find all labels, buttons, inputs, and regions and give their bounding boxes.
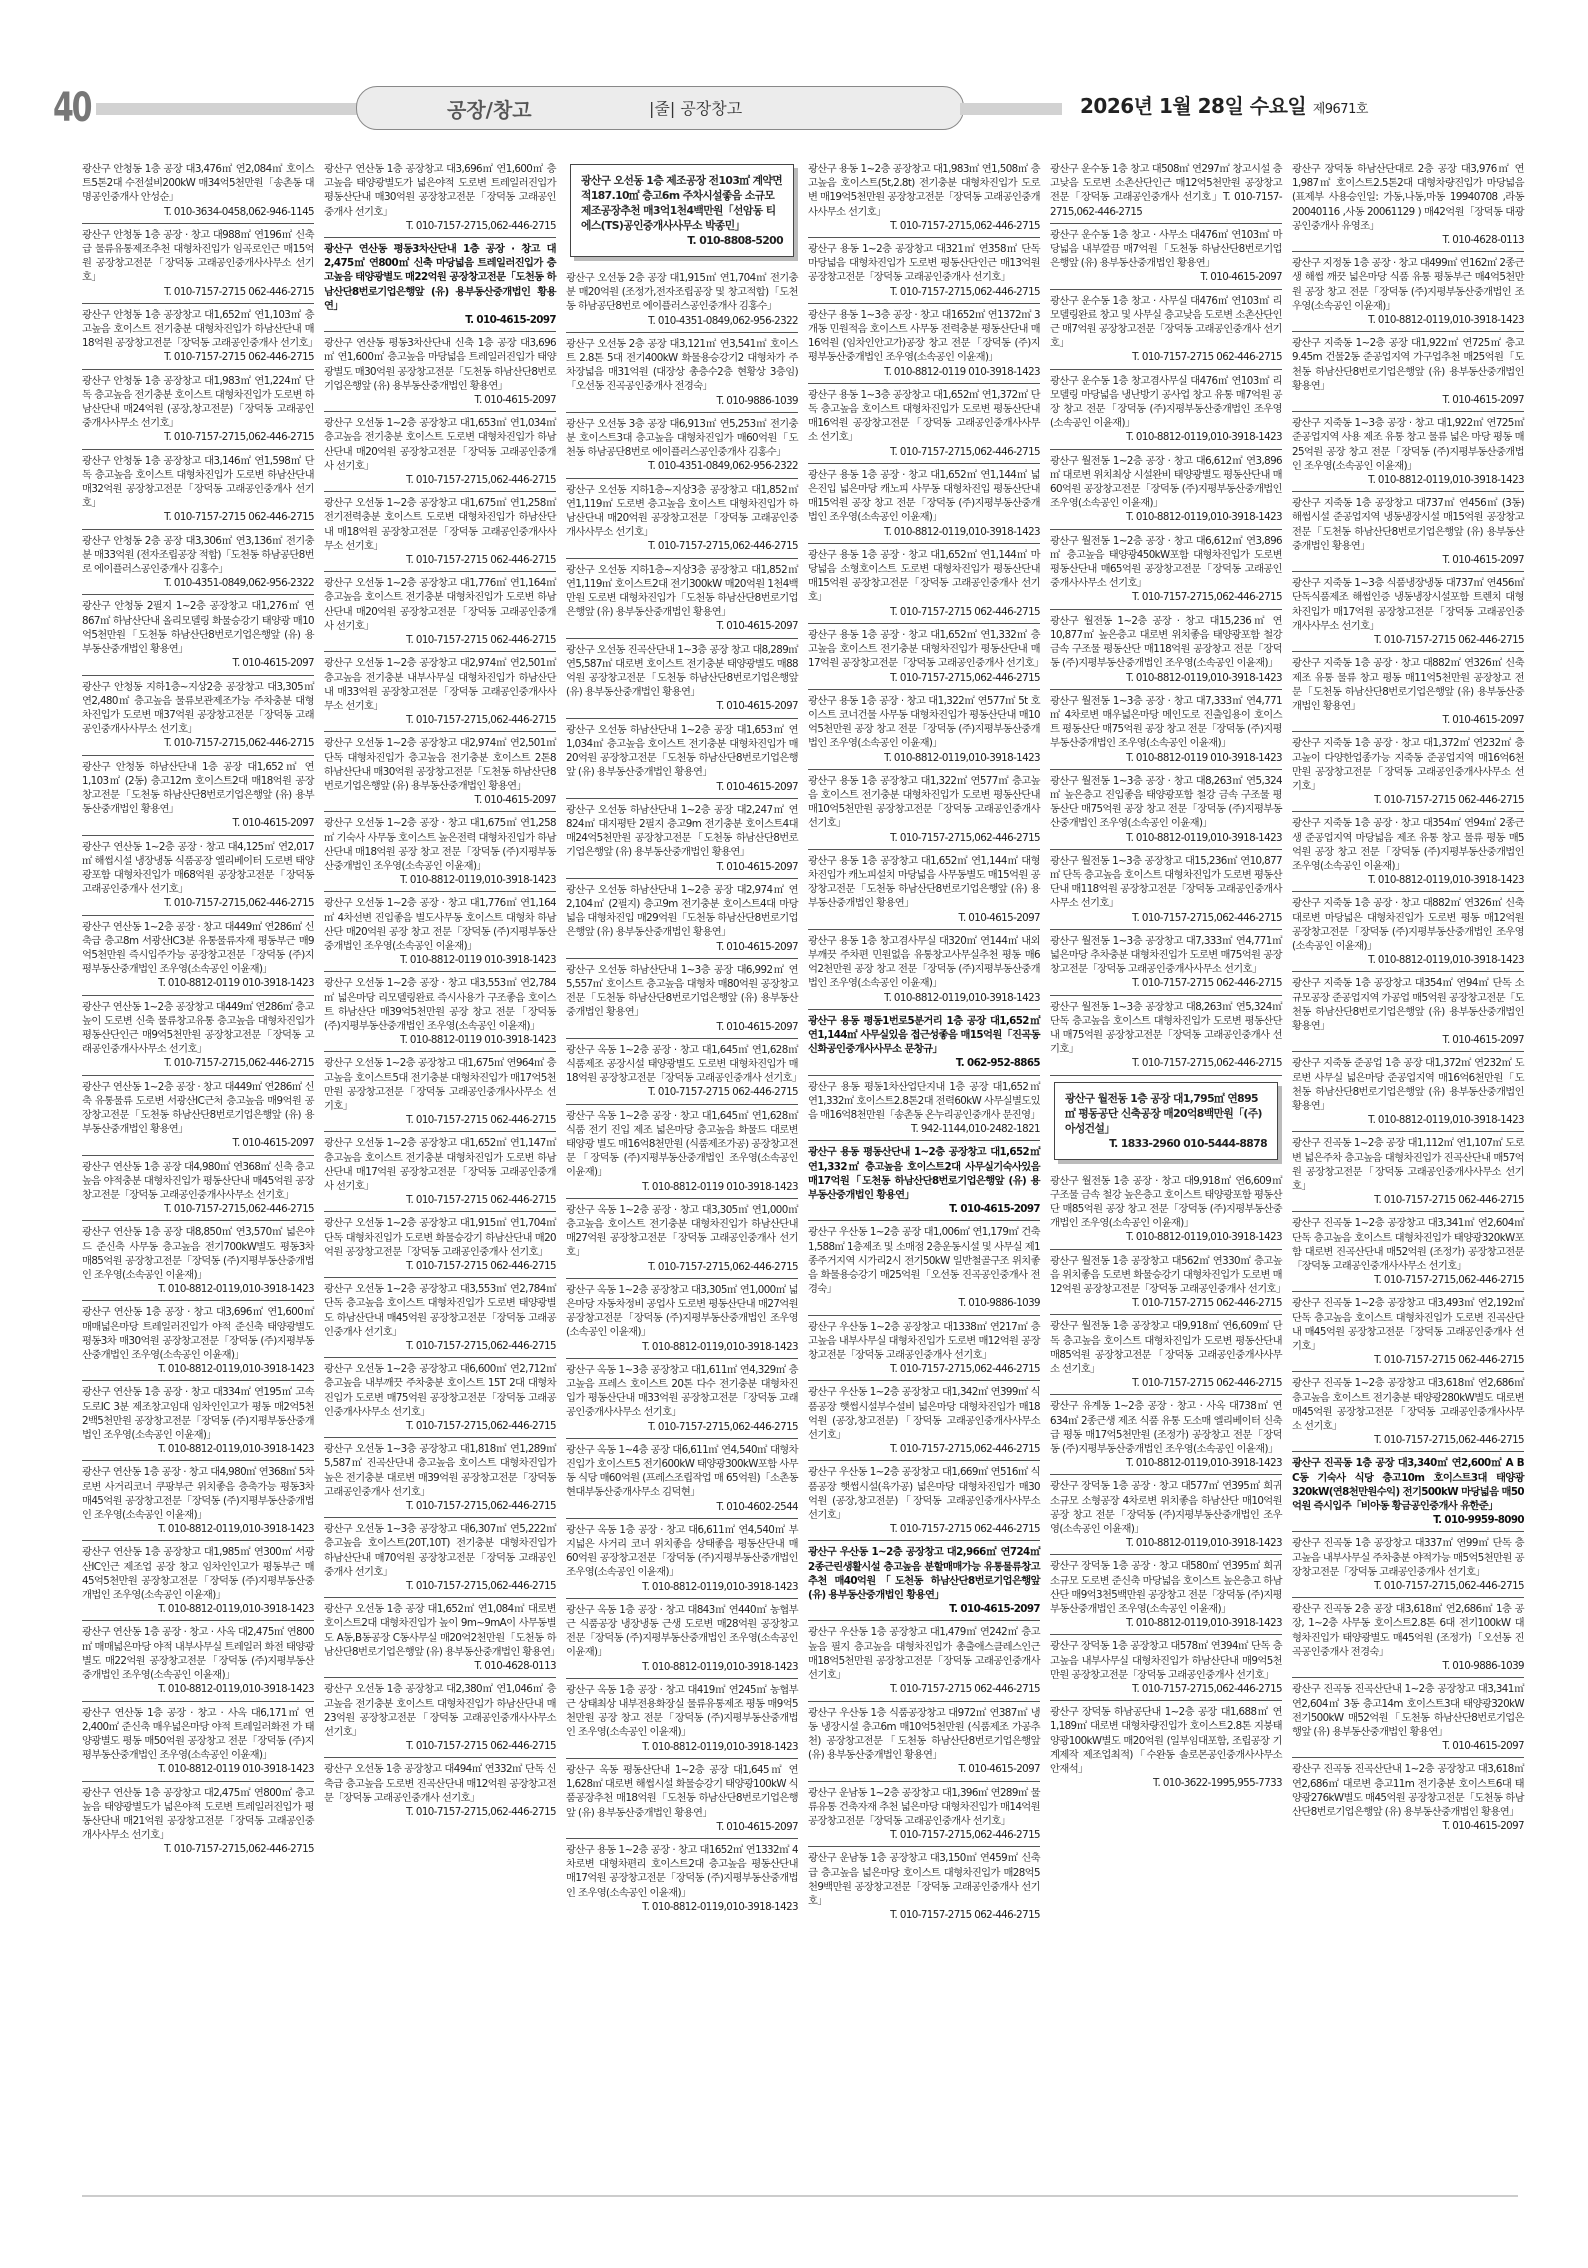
listing: 광산구 연산동 1층 공장창고 대1,985㎡ 연300㎡ 서광산IC인근 제조… (82, 1541, 314, 1621)
listing-text: 광산구 연산동 1층 공장 · 창고 대4,980㎡ 연368㎡ 5차로변 사거… (82, 1465, 314, 1522)
listing: 광산구 지죽동 1층 공장 · 창고 대354㎡ 연94㎡ 2종근생 준공업지역… (1292, 812, 1524, 892)
listing-phone: T. 010-4615-2097 (566, 940, 798, 954)
listing-phone: T. 010-8812-0119,010-3918-1423 (1292, 313, 1524, 327)
listing-phone: T. 010-7157-2715 062-446-2715 (324, 1193, 556, 1207)
listing-phone: T. 010-4615-2097 (808, 911, 1040, 925)
boxed-listing: 광산구 월전동 1층 공장 대1,795㎡ 연895㎡ 평동공단 신축공장 매2… (1054, 1082, 1278, 1160)
listing-text: 광산구 월전동 1층 공장 대1,795㎡ 연895㎡ 평동공단 신축공장 매2… (1065, 1091, 1267, 1136)
listing-phone: T. 010-4615-2097 (1292, 553, 1524, 567)
listing-phone: T. 010-7157-2715,062-446-2715 (82, 1202, 314, 1216)
listing-phone: T. 010-7157-2715 062-446-2715 (1050, 976, 1282, 990)
column-1: 광산구 안청동 1층 공장 대3,476㎡ 연2,084㎡ 호이스트5톤2대 수… (82, 158, 314, 1861)
listing-text: 광산구 용동 1~2층 공장창고 대1,983㎡ 연1,508㎡ 층고높음 호이… (808, 162, 1040, 219)
listing-text: 광산구 우산동 1~2층 공장창고 대2,966㎡ 연724㎡ 2종근린생활시설… (808, 1545, 1040, 1602)
header-rule-right (960, 103, 1062, 115)
listing: 광산구 용동 평동산단내 1~2층 공장창고 대1,652㎡ 연1,332㎡ 층… (808, 1141, 1040, 1221)
listing-text: 광산구 월전동 1~3층 공장창고 대7,333㎡ 연4,771㎡ 넓은마당 추… (1050, 934, 1282, 977)
listing: 광산구 지정동 1층 공장 · 창고 대499㎡ 연162㎡ 2종근생 해썹 깨… (1292, 252, 1524, 332)
column-4: 광산구 용동 1~2층 공장창고 대1,983㎡ 연1,508㎡ 층고높음 호이… (808, 158, 1040, 1926)
listing-phone: T. 010-8812-0119,010-3918-1423 (566, 1580, 798, 1594)
listing: 광산구 용동 1층 공장창고 대1,322㎡ 연577㎡ 층고높음 호이스트 전… (808, 770, 1040, 850)
listing-text: 광산구 연산동 1~2층 공장 · 창고 대449㎡ 연286㎡ 신축급 층고8… (82, 920, 314, 977)
listing-text: 광산구 안청동 2필지 1~2층 공장창고 대1,276㎡ 연867㎡ 하남산단… (82, 599, 314, 656)
listing-text: 광산구 옥동 1~2층 공장 · 창고 대3,305㎡ 연1,000㎡ 층고높음… (566, 1203, 798, 1260)
listing: 광산구 연산동 1층 공장 대8,850㎡ 연3,570㎡ 넓은야드 준신축 사… (82, 1221, 314, 1301)
listing-phone: T. 010-7157-2715,062-446-2715 (324, 713, 556, 727)
listing-text: 광산구 월전동 1~3층 공장 · 창고 대7,333㎡ 연4,771㎡ 4차로… (1050, 694, 1282, 751)
listing-phone: T. 010-4615-2097 (1292, 1819, 1524, 1833)
listing: 광산구 용동 1~2층 공장 · 창고 대1652㎡ 연1332㎡ 4차로변 대… (566, 1839, 798, 1918)
listing-text: 광산구 우산동 1~2층 공장창고 대1,342㎡ 연399㎡ 식품공장 햇썹시… (808, 1385, 1040, 1442)
listing-text: 광산구 진곡동 진곡산단내 1~2층 공장창고 대3,618㎡ 연2,686㎡ … (1292, 1762, 1524, 1819)
header-rule-left (96, 103, 358, 115)
listing-text: 광산구 월전동 1~2층 공장 · 창고 대6,612㎡ 연3,896㎡ 층고높… (1050, 534, 1282, 591)
listing: 광산구 옥동 1층 공장 · 창고 대6,611㎡ 연4,540㎡ 부지넓은 사… (566, 1519, 798, 1599)
listing-phone: T. 010-8812-0119,010-3918-1423 (82, 1282, 314, 1296)
listing-text: 광산구 용동 1층 공장창고 대1,652㎡ 연1,144㎡ 대형차진입가 캐노… (808, 854, 1040, 911)
listing-text: 광산구 우산동 1~2층 공장창고 대1,669㎡ 연516㎡ 식품공장 햇썹시… (808, 1465, 1040, 1522)
listing-text: 광산구 용동 1~3층 공장창고 대1,652㎡ 연1,372㎡ 단독 층고높음… (808, 388, 1040, 445)
listing-text: 광산구 월전동 1~2층 공장 · 창고 대15,236㎡ 연10,877㎡ 높… (1050, 614, 1282, 671)
column-6: 광산구 장덕동 하남산단대로 2층 공장 대3,976㎡ 연1,987㎡ 호이스… (1292, 158, 1524, 1837)
listing-phone: T. 010-4628-0113 (1292, 233, 1524, 247)
listing-phone: T. 010-7157-2715,062-446-2715 (808, 1828, 1040, 1842)
listing: 광산구 진곡동 2층 공장 대3,618㎡ 연2,686㎡ 1층 공장, 1~2… (1292, 1598, 1524, 1678)
listing: 광산구 연산동 1~2층 공장 · 창고 대449㎡ 연286㎡ 신축 유통물류… (82, 1076, 314, 1156)
listing-text: 광산구 진곡동 2층 공장 대3,618㎡ 연2,686㎡ 1층 공장, 1~2… (1292, 1602, 1524, 1659)
listing-text: 광산구 오선동 지하1층~지상3층 공장창고 대1,852㎡ 연1,119㎡ 호… (566, 563, 798, 620)
listing-text: 광산구 우산동 1~2층 공장창고 대1338㎡ 연217㎡ 층고높음 내부사무… (808, 1320, 1040, 1363)
listing: 광산구 오선동 하남산단내 1~2층 공장 대2,247㎡ 연824㎡ 대지평탄… (566, 799, 798, 879)
listing: 광산구 지죽동 1~3층 공장 · 창고 대1,922㎡ 연725㎡ 준공업지역… (1292, 412, 1524, 492)
listing: 광산구 유계동 1~2층 공장 · 창고 · 사옥 대738㎡ 연634㎡ 2종… (1050, 1395, 1282, 1475)
listing-phone: T. 010-4615-2097 (566, 860, 798, 874)
listing-text: 광산구 오선동 1층 공장 대1,652㎡ 연1,084㎡ 대로변 호이스트2대… (324, 1602, 556, 1659)
listing-text: 광산구 오선동 1~2층 공장창고 대3,553㎡ 연2,784㎡ 단독 층고높… (324, 1282, 556, 1339)
listing-text: 광산구 옥동 1층 공장 · 창고 대843㎡ 연440㎡ 농협부근 식품공장 … (566, 1603, 798, 1660)
listing-text: 광산구 안청동 1층 공장 · 창고 대988㎡ 연196㎡ 신축급 물류유통제… (82, 228, 314, 285)
listing-phone: T. 010-8812-0119,010-3918-1423 (1292, 953, 1524, 967)
listing-phone: T. 010-7157-2715,062-446-2715 (566, 1260, 798, 1274)
listing-text: 광산구 옥동 1~3층 공장창고 대1,611㎡ 연4,329㎡ 층고높음 프레… (566, 1363, 798, 1420)
listing-phone: T. 010-4615-2097 (566, 619, 798, 633)
listing-text: 광산구 오선동 1~2층 공장 · 창고 대3,553㎡ 연2,784㎡ 넓은마… (324, 976, 556, 1033)
listing-text: 광산구 옥동 1~2층 공장 · 창고 대1,645㎡ 연1,628㎡ 식품제조… (566, 1043, 798, 1086)
listing-phone: T. 010-8812-0119,010-3918-1423 (566, 1660, 798, 1674)
listing-text: 광산구 안청동 1층 공장창고 대1,983㎡ 연1,224㎡ 단독 층고높음 … (82, 374, 314, 431)
listing: 광산구 용동 평동1차산업단지내 1층 공장 대1,652㎡ 연1,332㎡ 호… (808, 1076, 1040, 1142)
listing-phone: T. 010-8808-5200 (581, 233, 783, 248)
listing-phone: T. 010-4615-2097 (1292, 1739, 1524, 1753)
listing-text: 광산구 용동 1~3층 공장 · 창고 대1652㎡ 연1372㎡ 3개동 민원… (808, 308, 1040, 365)
listing: 광산구 지죽동 1~2층 공장 대1,922㎡ 연725㎡ 층고9.45m 건물… (1292, 332, 1524, 412)
listing: 광산구 안청동 하남산단내 1층 공장 대1,652㎡ 연1,103㎡ (2동)… (82, 756, 314, 836)
listing-phone: T. 010-7157-2715 062-446-2715 (324, 1739, 556, 1753)
listing: 광산구 운수동 1층 창고 · 사무소 대476㎡ 연103㎡ 마당넓음 내부깔… (1050, 224, 1282, 290)
listing: 광산구 연산동 1층 공장창고 대2,475㎡ 연800㎡ 층고높음 태양광별도… (82, 1782, 314, 1861)
column-3: 광산구 오선동 1층 제조공장 전103㎡ 계약면적187.10㎡ 층고6m 주… (566, 158, 798, 1918)
listing-phone: T. 010-8812-0119,010-3918-1423 (324, 873, 556, 887)
listing: 광산구 연산동 1층 공장 · 창고 대334㎡ 연195㎡ 고속도로IC 3분… (82, 1381, 314, 1461)
listing-phone: T. 010-9886-1039 (808, 1296, 1040, 1310)
listing-phone: T. 010-7157-2715,062-446-2715 (1050, 1056, 1282, 1070)
listing: 광산구 우산동 1~2층 공장 대1,006㎡ 연1,179㎡ 건축1,588㎡… (808, 1221, 1040, 1315)
listing: 광산구 옥동 1층 공장 · 창고 대419㎡ 연245㎡ 농협부근 상태최상 … (566, 1679, 798, 1759)
issue-date: 2026년 1월 28일 수요일 제9671호 (1080, 90, 1368, 119)
listing-text: 광산구 지죽동 1층 공장창고 대737㎡ 연456㎡ (3동) 해썹시설 준공… (1292, 496, 1524, 553)
listing: 광산구 우산동 1~2층 공장창고 대2,966㎡ 연724㎡ 2종근린생활시설… (808, 1541, 1040, 1621)
listing-text: 광산구 연산동 1층 공장 · 창고 대3,696㎡ 연1,600㎡ 매매넓은마… (82, 1305, 314, 1362)
listing-text: 광산구 용동 1층 공장 · 창고 대1,322㎡ 연577㎡ 5t 호이스트 … (808, 694, 1040, 751)
listing-phone: T. 010-8812-0119 010-3918-1423 (1050, 751, 1282, 765)
listing: 광산구 오선동 지하1층~지상3층 공장창고 대1,852㎡ 연1,119㎡ 도… (566, 479, 798, 559)
listing-phone: T. 010-7157-2715,062-446-2715 (324, 1419, 556, 1433)
listing-text: 광산구 연산동 1층 공장 · 창고 · 사옥 대2,475㎡ 연800㎡ 매매… (82, 1625, 314, 1682)
listing-phone: T. 942-1144,010-2482-1821 (808, 1122, 1040, 1136)
listing: 광산구 월전동 1~3층 공장창고 대7,333㎡ 연4,771㎡ 넓은마당 추… (1050, 930, 1282, 996)
listing-text: 광산구 용동 1~2층 공장 · 창고 대1652㎡ 연1332㎡ 4차로변 대… (566, 1843, 798, 1900)
listing-text: 광산구 연산동 1층 공장 대4,980㎡ 연368㎡ 신축 층고높음 야적충분… (82, 1160, 314, 1203)
listing-phone: T. 010-8812-0119,010-3918-1423 (1292, 473, 1524, 487)
listing-phone: T. 010-8812-0119,010-3918-1423 (1050, 510, 1282, 524)
listing-text: 광산구 용동 1층 공장 · 창고 대1,652㎡ 연1,332㎡ 층고높음 호… (808, 628, 1040, 671)
listing-phone: T. 010-4615-2097 (1292, 1033, 1524, 1047)
listing-text: 광산구 월전동 1층 공장 · 창고 대9,918㎡ 연6,609㎡ 구조물 금… (1050, 1174, 1282, 1231)
listing: 광산구 오선동 1~2층 공장 · 창고 대1,776㎡ 연1,164㎡ 4차선… (324, 892, 556, 972)
listing: 광산구 연산동 1층 공장 · 창고 · 사옥 대2,475㎡ 연800㎡ 매매… (82, 1621, 314, 1701)
listing: 광산구 지죽동 준공업 1층 공장 대1,372㎡ 연232㎡ 도로변 사무실 … (1292, 1052, 1524, 1132)
listing-phone: T. 010-4615-2097 (1050, 270, 1282, 284)
page-number: 40 (53, 85, 90, 131)
listing-text: 광산구 지죽동 1~3층 공장 · 창고 대1,922㎡ 연725㎡ 준공업지역… (1292, 416, 1524, 473)
listing-text: 광산구 옥동 1층 공장 · 창고 대419㎡ 연245㎡ 농협부근 상태최상 … (566, 1683, 798, 1740)
listing: 광산구 옥동 1~2층 공장 · 창고 대1,645㎡ 연1,628㎡ 식품 전… (566, 1105, 798, 1199)
listing-text: 광산구 안청동 1층 공장창고 대3,146㎡ 연1,598㎡ 단독 층고높음 … (82, 454, 314, 511)
listing-phone: T. 010-4615-2097 (1292, 393, 1524, 407)
listing-phone: T. 010-7157-2715,062-446-2715 (808, 285, 1040, 299)
listing-text: 광산구 오선동 1~2층 공장창고 대1,652㎡ 연1,147㎡ 층고높음 호… (324, 1136, 556, 1193)
listing-text: 광산구 연산동 1층 공장 대8,850㎡ 연3,570㎡ 넓은야드 준신축 사… (82, 1225, 314, 1282)
listing-phone: T. 010-4615-2097 (324, 393, 556, 407)
listing-text: 광산구 오선동 1층 공장창고 대494㎡ 연332㎡ 단독 신축급 층고높음 … (324, 1762, 556, 1805)
listing: 광산구 오선동 1~2층 공장창고 대1,653㎡ 연1,034㎡ 층고높음 전… (324, 412, 556, 492)
listing: 광산구 우산동 1~2층 공장창고 대1,669㎡ 연516㎡ 식품공장 햇썹시… (808, 1461, 1040, 1541)
listing-phone: T. 010-4351-0849,062-956-2322 (82, 576, 314, 590)
listing-text: 광산구 지죽동 1층 공장창고 대354㎡ 연94㎡ 단독 소규모공장 준공업지… (1292, 976, 1524, 1033)
listing-phone: T. 010-7157-2715,062-446-2715 (808, 219, 1040, 233)
listing-phone: T. 010-8812-0119 010-3918-1423 (808, 365, 1040, 379)
listing-text: 광산구 월전동 1~3층 공장 · 창고 대8,263㎡ 연5,324㎡ 높은층… (1050, 774, 1282, 831)
listing-phone: T. 010-4615-2097 (808, 1202, 1040, 1216)
listing-text: 광산구 오선동 1~2층 공장 · 창고 대1,675㎡ 연1,258㎡ 기숙사… (324, 816, 556, 873)
listing-text: 광산구 용동 평동1번로5분거리 1층 공장 대1,652㎡ 연1,144㎡ 사… (808, 1014, 1040, 1057)
listing-phone: T. 010-7157-2715,062-446-2715 (324, 1339, 556, 1353)
listing-phone: T. 010-8812-0119,010-3918-1423 (82, 1442, 314, 1456)
listing: 광산구 지죽동 1층 공장 · 창고 대1,372㎡ 연232㎡ 층고높이 다양… (1292, 732, 1524, 812)
listing-text: 광산구 연산동 1층 공장창고 대2,475㎡ 연800㎡ 층고높음 태양광별도… (82, 1786, 314, 1843)
listing-text: 광산구 용동 1층 공장 · 창고 대1,652㎡ 연1,144㎡ 넓은진입 넓… (808, 468, 1040, 525)
listing: 광산구 우산동 1층 식품공장창고 대972㎡ 연387㎡ 냉동 냉장시설 층고… (808, 1702, 1040, 1782)
listing: 광산구 용동 평동1번로5분거리 1층 공장 대1,652㎡ 연1,144㎡ 사… (808, 1010, 1040, 1076)
listing: 광산구 진곡동 1~2층 공장창고 대3,493㎡ 연2,192㎡ 단독 층고높… (1292, 1292, 1524, 1372)
listing-text: 광산구 진곡동 1~2층 공장창고 대3,618㎡ 연2,686㎡ 층고높음 호… (1292, 1376, 1524, 1433)
listing: 광산구 지죽동 1층 공장 · 창고 대882㎡ 연326㎡ 신축 제조 유통 … (1292, 652, 1524, 732)
listing: 광산구 오선동 1~3층 공장창고 대6,307㎡ 연5,222㎡ 층고높음 호… (324, 1518, 556, 1598)
listing-phone: T. 010-7157-2715,062-446-2715 (808, 671, 1040, 685)
listing-text: 광산구 용동 평동1차산업단지내 1층 공장 대1,652㎡ 연1,332㎡ 호… (808, 1080, 1040, 1123)
listing: 광산구 연산동 1층 공장 · 창고 대4,980㎡ 연368㎡ 5차로변 사거… (82, 1461, 314, 1541)
listing: 광산구 연산동 1~2층 공장 · 창고 대4,125㎡ 연2,017㎡ 해썹시… (82, 836, 314, 916)
listing-text: 광산구 연산동 1~2층 공장창고 대449㎡ 연286㎡ 층고높이 도로변 신… (82, 1000, 314, 1057)
listing-phone: T. 010-7157-2715 062-446-2715 (1292, 1353, 1524, 1367)
listing-phone: T. 010-8812-0119,010-3918-1423 (1050, 831, 1282, 845)
listing-text: 광산구 운남동 1층 공장창고 대3,150㎡ 연459㎡ 신축급 층고높음 넓… (808, 1851, 1040, 1908)
listing-text: 광산구 진곡동 1~2층 공장 대1,112㎡ 연1,107㎡ 도로변 넓은주차… (1292, 1136, 1524, 1193)
listing-phone: T. 010-7157-2715 062-446-2715 (324, 1113, 556, 1127)
listing-phone: T. 010-4602-2544 (566, 1500, 798, 1514)
listing: 광산구 진곡동 1층 공장 대3,340㎡ 연2,600㎡ A B C동 기숙사… (1292, 1452, 1524, 1532)
listing-phone: T. 010-4615-2097 (808, 1762, 1040, 1776)
listing: 광산구 진곡동 1~2층 공장창고 대3,618㎡ 연2,686㎡ 층고높음 호… (1292, 1372, 1524, 1452)
listing-phone: T. 010-8812-0119,010-3918-1423 (1050, 1536, 1282, 1550)
listing: 광산구 안청동 2필지 1~2층 공장창고 대1,276㎡ 연867㎡ 하남산단… (82, 595, 314, 675)
listing-phone: T. 010-7157-2715,062-446-2715 (808, 445, 1040, 459)
listing: 광산구 오선동 하남산단내 1~2층 공장 대2,974㎡ 연2,104㎡ (2… (566, 879, 798, 959)
listing-phone: T. 010-8812-0119,010-3918-1423 (1050, 671, 1282, 685)
listing-phone: T. 1833-2960 010-5444-8878 (1065, 1136, 1267, 1151)
listing: 광산구 진곡동 진곡산단내 1~2층 공장창고 대3,618㎡ 연2,686㎡ … (1292, 1758, 1524, 1837)
listing-text: 광산구 연산동 1층 공장 · 창고 대334㎡ 연195㎡ 고속도로IC 3분… (82, 1385, 314, 1442)
listing-phone: T. 010-4615-2097 (324, 313, 556, 327)
listing-text: 광산구 오선동 2층 공장 대3,121㎡ 연3,541㎡ 호이스트 2.8톤 … (566, 337, 798, 394)
listing: 광산구 오선동 1~2층 공장창고 대1,675㎡ 연1,258㎡ 전기전력충분… (324, 492, 556, 572)
listing-text: 광산구 지죽동 1~2층 공장 대1,922㎡ 연725㎡ 층고9.45m 건물… (1292, 336, 1524, 393)
listing: 광산구 운남동 1~2층 공장창고 대1,396㎡ 연289㎡ 물류유통 건축자… (808, 1782, 1040, 1848)
listing: 광산구 옥동 1~4층 공장 대6,611㎡ 연4,540㎡ 대형차진입가 호이… (566, 1439, 798, 1519)
listing-phone: T. 010-4615-2097 (566, 780, 798, 794)
listing-phone: T. 010-7157-2715 062-446-2715 (808, 1908, 1040, 1922)
listing-phone: T. 010-4615-2097 (82, 656, 314, 670)
listing-text: 광산구 장덕동 하남공단내 1~2층 공장 대1,688㎡ 연1,189㎡ 대로… (1050, 1705, 1282, 1776)
listing-phone: T. 010-4351-0849,062-956-2322 (566, 459, 798, 473)
listing-phone: T. 010-4615-2097 (82, 816, 314, 830)
listing-phone: T. 010-4615-2097 (808, 1602, 1040, 1616)
listing-phone: T. 010-7157-2715,062-446-2715 (82, 736, 314, 750)
listing-phone: T. 010-7157-2715 062-446-2715 (82, 285, 314, 299)
listing-phone: T. 062-952-8865 (808, 1056, 1040, 1070)
listing-phone: T. 010-7157-2715,062-446-2715 (1050, 1682, 1282, 1696)
listing-text: 광산구 오선동 하남산단내 1~2층 공장 대1,653㎡ 연1,034㎡ 층고… (566, 723, 798, 780)
listing: 광산구 용동 1층 공장 · 창고 대1,652㎡ 연1,332㎡ 층고높음 호… (808, 624, 1040, 690)
listing-text: 광산구 옥동 1층 공장 · 창고 대6,611㎡ 연4,540㎡ 부지넓은 사… (566, 1523, 798, 1580)
listing-phone: T. 010-7157-2715,062-446-2715 (82, 1056, 314, 1070)
listing: 광산구 오선동 진곡산단내 1~3층 공장 창고 대8,289㎡ 연5,587㎡… (566, 639, 798, 719)
listing: 광산구 용동 1~2층 공장창고 대321㎡ 연358㎡ 단독 마당넓음 대형차… (808, 238, 1040, 304)
listing-phone: T. 010-3634-0458,062-946-1145 (82, 205, 314, 219)
listing-text: 광산구 오선동 3층 공장 대6,913㎡ 연5,253㎡ 전기충분 호이스트3… (566, 417, 798, 460)
listing: 광산구 용동 1층 공장창고 대1,652㎡ 연1,144㎡ 대형차진입가 캐노… (808, 850, 1040, 930)
listing: 광산구 장덕동 1층 공장 · 창고 대580㎡ 연395㎡ 희귀 소규모 도로… (1050, 1555, 1282, 1635)
listing-phone: T. 010-4628-0113 (324, 1659, 556, 1673)
listing-text: 광산구 진곡동 1층 공장 대3,340㎡ 연2,600㎡ A B C동 기숙사… (1292, 1456, 1524, 1513)
listing: 광산구 지죽동 1층 공장 · 창고 대882㎡ 연326㎡ 신축 대로변 마당… (1292, 892, 1524, 972)
listing-phone: T. 010-8812-0119 010-3918-1423 (566, 1180, 798, 1194)
listing-text: 광산구 지죽동 1층 공장 · 창고 대354㎡ 연94㎡ 2종근생 준공업지역… (1292, 816, 1524, 873)
listing-phone: T. 010-7157-2715,062-446-2715 (82, 896, 314, 910)
listing: 광산구 옥동 1~3층 공장창고 대1,611㎡ 연4,329㎡ 층고높음 프레… (566, 1359, 798, 1439)
listing-phone: T. 010-7157-2715 062-446-2715 (324, 1259, 556, 1273)
listing-phone: T. 010-7157-2715 062-446-2715 (566, 1085, 798, 1099)
listing-phone: T. 010-7157-2715,062-446-2715 (324, 219, 556, 233)
listing: 광산구 오선동 1~2층 공장 · 창고 대1,675㎡ 연1,258㎡ 기숙사… (324, 812, 556, 892)
listing: 광산구 지죽동 1~3층 식품냉장냉동 대737㎡ 연456㎡ 단독식품제조 해… (1292, 572, 1524, 652)
subsection-title: |줄| 공장창고 (649, 96, 742, 119)
listing-text: 광산구 지죽동 1층 공장 · 창고 대882㎡ 연326㎡ 신축 대로변 마당… (1292, 896, 1524, 953)
listing-text: 광산구 지죽동 준공업 1층 공장 대1,372㎡ 연232㎡ 도로변 사무실 … (1292, 1056, 1524, 1113)
listing: 광산구 장덕동 하남공단내 1~2층 공장 대1,688㎡ 연1,189㎡ 대로… (1050, 1701, 1282, 1794)
listing-phone: T. 010-8812-0119,010-3918-1423 (808, 525, 1040, 539)
listing-text: 광산구 운수동 1층 창고 대508㎡ 연297㎡ 창고시설 층고낮음 도로변 … (1050, 162, 1282, 219)
listing-text: 광산구 장덕동 1층 공장창고 대578㎡ 연394㎡ 단독 층고높음 내부사무… (1050, 1639, 1282, 1682)
listing-text: 광산구 오선동 1층 제조공장 전103㎡ 계약면적187.10㎡ 층고6m 주… (581, 173, 783, 233)
listing-phone: T. 010-8812-0119,010-3918-1423 (82, 1602, 314, 1616)
listing-phone: T. 010-8812-0119 010-3918-1423 (82, 976, 314, 990)
column-5: 광산구 운수동 1층 창고 대508㎡ 연297㎡ 창고시설 층고낮음 도로변 … (1050, 158, 1282, 1795)
listing-phone: T. 010-8812-0119,010-3918-1423 (1050, 430, 1282, 444)
listing: 광산구 오선동 1~2층 공장창고 대1,915㎡ 연1,704㎡ 단독 대형차… (324, 1212, 556, 1278)
listing-text: 광산구 용동 1층 공장 · 창고 대1,652㎡ 연1,144㎡ 마당넓음 소… (808, 548, 1040, 605)
listing: 광산구 운수동 1층 창고 대508㎡ 연297㎡ 창고시설 층고낮음 도로변 … (1050, 158, 1282, 224)
issue-number: 제9671호 (1313, 102, 1368, 117)
listing-text: 광산구 연산동 1층 공장창고 대3,696㎡ 연1,600㎡ 층고높음 태양광… (324, 162, 556, 219)
listing: 광산구 연산동 평동3차산단내 1층 공장 · 창고 대2,475㎡ 연800㎡… (324, 238, 556, 332)
listing-text: 광산구 우산동 1~2층 공장 대1,006㎡ 연1,179㎡ 건축1,588㎡… (808, 1225, 1040, 1296)
listing-phone: T. 010-8812-0119,010-3918-1423 (566, 1340, 798, 1354)
listing: 광산구 오선동 하남산단내 1~2층 공장 대1,653㎡ 연1,034㎡ 층고… (566, 719, 798, 799)
listing: 광산구 오선동 1층 공장 대1,652㎡ 연1,084㎡ 대로변 호이스트2대… (324, 1598, 556, 1678)
listing: 광산구 연산동 1층 공장 · 창고 대3,696㎡ 연1,600㎡ 매매넓은마… (82, 1301, 314, 1381)
listing-text: 광산구 오선동 진곡산단내 1~3층 공장 창고 대8,289㎡ 연5,587㎡… (566, 643, 798, 700)
listing: 광산구 오선동 1~3층 공장창고 대1,818㎡ 연1,289㎡ 5,587㎡… (324, 1438, 556, 1518)
listing-text: 광산구 안청동 하남산단내 1층 공장 대1,652㎡ 연1,103㎡ (2동)… (82, 760, 314, 817)
listing-phone: T. 010-7157-2715,062-446-2715 (324, 473, 556, 487)
listing-phone: T. 010-8812-0119,010-3918-1423 (808, 991, 1040, 1005)
listing: 광산구 연산동 1층 공장 · 창고 · 사옥 대6,171㎡ 연2,400㎡ … (82, 1702, 314, 1782)
listing: 광산구 오선동 1~2층 공장 · 창고 대3,553㎡ 연2,784㎡ 넓은마… (324, 972, 556, 1052)
listing-phone: T. 010-7157-2715,062-446-2715 (808, 1442, 1040, 1456)
listing: 광산구 오선동 1~2층 공장창고 대3,553㎡ 연2,784㎡ 단독 층고높… (324, 1278, 556, 1358)
listing-text: 광산구 월전동 1~3층 공장창고 대15,236㎡ 연10,877㎡ 단독 층… (1050, 854, 1282, 911)
listing-text: 광산구 옥동 1~2층 공장창고 대3,305㎡ 연1,000㎡ 넓은마당 자동… (566, 1283, 798, 1340)
listing: 광산구 안청동 1층 공장 대3,476㎡ 연2,084㎡ 호이스트5톤2대 수… (82, 158, 314, 224)
listing-text: 광산구 월전동 1~2층 공장 · 창고 대6,612㎡ 연3,896㎡ 대로변… (1050, 454, 1282, 511)
listing-text: 광산구 지죽동 1~3층 식품냉장냉동 대737㎡ 연456㎡ 단독식품제조 해… (1292, 576, 1524, 633)
listing-phone: T. 010-9959-8090 (1292, 1513, 1524, 1527)
listing: 광산구 오선동 2층 공장 대1,915㎡ 연1,704㎡ 전기충분 매20억원… (566, 267, 798, 333)
listing: 광산구 운남동 1층 공장창고 대3,150㎡ 연459㎡ 신축급 층고높음 넓… (808, 1847, 1040, 1926)
listing-text: 광산구 오선동 2층 공장 대1,915㎡ 연1,704㎡ 전기충분 매20억원… (566, 271, 798, 314)
date-text: 2026년 1월 28일 수요일 (1080, 94, 1306, 118)
listing-text: 광산구 용동 평동산단내 1~2층 공장창고 대1,652㎡ 연1,332㎡ 층… (808, 1145, 1040, 1202)
listing-phone: T. 010-8812-0119,010-3918-1423 (566, 1740, 798, 1754)
listing: 광산구 연산동 평동3차산단내 신축 1층 공장 대3,696㎡ 연1,600㎡… (324, 332, 556, 412)
listing: 광산구 오선동 1~2층 공장창고 대1,776㎡ 연1,164㎡ 층고높음 호… (324, 572, 556, 652)
listing-text: 광산구 월전동 1~3층 공장창고 대8,263㎡ 연5,324㎡ 단독 층고높… (1050, 1000, 1282, 1057)
listing: 광산구 우산동 1층 공장창고 대1,479㎡ 연242㎡ 층고높음 필지 층고… (808, 1621, 1040, 1701)
listing: 광산구 월전동 1~3층 공장 · 창고 대8,263㎡ 연5,324㎡ 높은층… (1050, 770, 1282, 850)
listing: 광산구 옥동 평동산단내 1~2층 공장 대1,645㎡ 연1,628㎡ 대로변… (566, 1759, 798, 1839)
listing-phone: T. 010-3622-1995,955-7733 (1050, 1776, 1282, 1790)
listing-phone: T. 010-8812-0119,010-3918-1423 (82, 1682, 314, 1696)
listing: 광산구 월전동 1층 공장 · 창고 대9,918㎡ 연6,609㎡ 구조물 금… (1050, 1170, 1282, 1250)
listing: 광산구 장덕동 하남산단대로 2층 공장 대3,976㎡ 연1,987㎡ 호이스… (1292, 158, 1524, 252)
listing: 광산구 옥동 1~2층 공장 · 창고 대3,305㎡ 연1,000㎡ 층고높음… (566, 1199, 798, 1279)
listing: 광산구 장덕동 1층 공장창고 대578㎡ 연394㎡ 단독 층고높음 내부사무… (1050, 1635, 1282, 1701)
listing: 광산구 용동 1층 공장 · 창고 대1,322㎡ 연577㎡ 5t 호이스트 … (808, 690, 1040, 770)
listing-text: 광산구 오선동 지하1층~지상3층 공장창고 대1,852㎡ 연1,119㎡ 도… (566, 483, 798, 540)
listing: 광산구 용동 1~2층 공장창고 대1,983㎡ 연1,508㎡ 층고높음 호이… (808, 158, 1040, 238)
listing-phone: T. 010-7157-2715 062-446-2715 (82, 350, 314, 364)
listing-text: 광산구 연산동 평동3차산단내 1층 공장 · 창고 대2,475㎡ 연800㎡… (324, 242, 556, 313)
listing: 광산구 월전동 1층 공장창고 대9,918㎡ 연6,609㎡ 단독 층고높음 … (1050, 1315, 1282, 1395)
listing: 광산구 용동 1층 창고겸사무실 대320㎡ 연144㎡ 내외부깨끗 주차편 민… (808, 930, 1040, 1010)
listing: 광산구 월전동 1~3층 공장창고 대15,236㎡ 연10,877㎡ 단독 층… (1050, 850, 1282, 930)
listing-phone: T. 010-7157-2715,062-446-2715 (1050, 911, 1282, 925)
listing-text: 광산구 장덕동 1층 공장 · 창고 대580㎡ 연395㎡ 희귀 소규모 도로… (1050, 1559, 1282, 1616)
listing-phone: T. 010-7157-2715 062-446-2715 (808, 605, 1040, 619)
listing: 광산구 오선동 1~2층 공장창고 대1,675㎡ 연964㎡ 층고높음 호이스… (324, 1052, 556, 1132)
listing-text: 광산구 오선동 1~2층 공장창고 대1,776㎡ 연1,164㎡ 층고높음 호… (324, 576, 556, 633)
listing-text: 광산구 장덕동 1층 공장 · 창고 대577㎡ 연395㎡ 희귀 소규모 소형… (1050, 1479, 1282, 1536)
listing-text: 광산구 연산동 1~2층 공장 · 창고 대449㎡ 연286㎡ 신축 유통물류… (82, 1080, 314, 1137)
listing: 광산구 진곡동 1층 공장창고 대337㎡ 연99㎡ 단독 층고높음 내부사무실… (1292, 1532, 1524, 1598)
listing: 광산구 용동 1~3층 공장창고 대1,652㎡ 연1,372㎡ 단독 층고높음… (808, 384, 1040, 464)
listing: 광산구 장덕동 1층 공장 · 창고 대577㎡ 연395㎡ 희귀 소규모 소형… (1050, 1475, 1282, 1555)
listing-text: 광산구 연산동 평동3차산단내 신축 1층 공장 대3,696㎡ 연1,600㎡… (324, 336, 556, 393)
listing: 광산구 안청동 2층 공장 대3,306㎡ 연3,136㎡ 전기충분 매33억원… (82, 530, 314, 596)
page-header: 40 공장/창고 |줄| 공장창고 2026년 1월 28일 수요일 제9671… (0, 80, 1588, 140)
listing-text: 광산구 용동 1층 공장창고 대1,322㎡ 연577㎡ 층고높음 호이스트 전… (808, 774, 1040, 831)
listing-phone: T. 010-4615-2097 (324, 793, 556, 807)
listing: 광산구 우산동 1~2층 공장창고 대1338㎡ 연217㎡ 층고높음 내부사무… (808, 1316, 1040, 1382)
listing: 광산구 안청동 1층 공장 · 창고 대988㎡ 연196㎡ 신축급 물류유통제… (82, 224, 314, 304)
listing-phone: T. 010-7157-2715 062-446-2715 (1292, 633, 1524, 647)
listing-phone: T. 010-7157-2715 062-446-2715 (324, 553, 556, 567)
listing-text: 광산구 유계동 1~2층 공장 · 창고 · 사옥 대738㎡ 연634㎡ 2종… (1050, 1399, 1282, 1456)
listing: 광산구 연산동 1층 공장 대4,980㎡ 연368㎡ 신축 층고높음 야적충분… (82, 1156, 314, 1222)
listing-phone: T. 010-8812-0119,010-3918-1423 (1292, 1113, 1524, 1127)
listing-text: 광산구 월전동 1층 공장창고 대9,918㎡ 연6,609㎡ 단독 층고높음 … (1050, 1319, 1282, 1376)
listing-text: 광산구 지죽동 1층 공장 · 창고 대882㎡ 연326㎡ 신축 제조 유통 … (1292, 656, 1524, 713)
listing: 광산구 용동 1~3층 공장 · 창고 대1652㎡ 연1372㎡ 3개동 민원… (808, 304, 1040, 384)
listing: 광산구 오선동 지하1층~지상3층 공장창고 대1,852㎡ 연1,119㎡ 호… (566, 559, 798, 639)
listing-phone: T. 010-8812-0119 010-3918-1423 (82, 1762, 314, 1776)
listing: 광산구 연산동 1~2층 공장 · 창고 대449㎡ 연286㎡ 신축급 층고8… (82, 916, 314, 996)
listing-text: 광산구 진곡동 1~2층 공장창고 대3,493㎡ 연2,192㎡ 단독 층고높… (1292, 1296, 1524, 1353)
listing-text: 광산구 용동 1~2층 공장창고 대321㎡ 연358㎡ 단독 마당넓음 대형차… (808, 242, 1040, 285)
classified-columns: 광산구 안청동 1층 공장 대3,476㎡ 연2,084㎡ 호이스트5톤2대 수… (82, 158, 1522, 2148)
listing: 광산구 월전동 1~2층 공장 · 창고 대15,236㎡ 연10,877㎡ 높… (1050, 610, 1282, 690)
listing-text: 광산구 오선동 1~2층 공장창고 대1,675㎡ 연964㎡ 층고높음 호이스… (324, 1056, 556, 1113)
listing: 광산구 옥동 1~2층 공장창고 대3,305㎡ 연1,000㎡ 넓은마당 자동… (566, 1279, 798, 1359)
listing-phone: T. 010-7157-2715,062-446-2715 (324, 1805, 556, 1819)
listing-phone: T. 010-7157-2715 062-446-2715 (808, 1682, 1040, 1696)
listing-text: 광산구 옥동 1~2층 공장 · 창고 대1,645㎡ 연1,628㎡ 식품 전… (566, 1109, 798, 1180)
listing: 광산구 연산동 1~2층 공장창고 대449㎡ 연286㎡ 층고높이 도로변 신… (82, 996, 314, 1076)
listing-phone: T. 010-7157-2715 062-446-2715 (82, 510, 314, 524)
listing-text: 광산구 용동 1층 창고겸사무실 대320㎡ 연144㎡ 내외부깨끗 주차편 민… (808, 934, 1040, 991)
listing-phone: T. 010-7157-2715,062-446-2715 (808, 1362, 1040, 1376)
